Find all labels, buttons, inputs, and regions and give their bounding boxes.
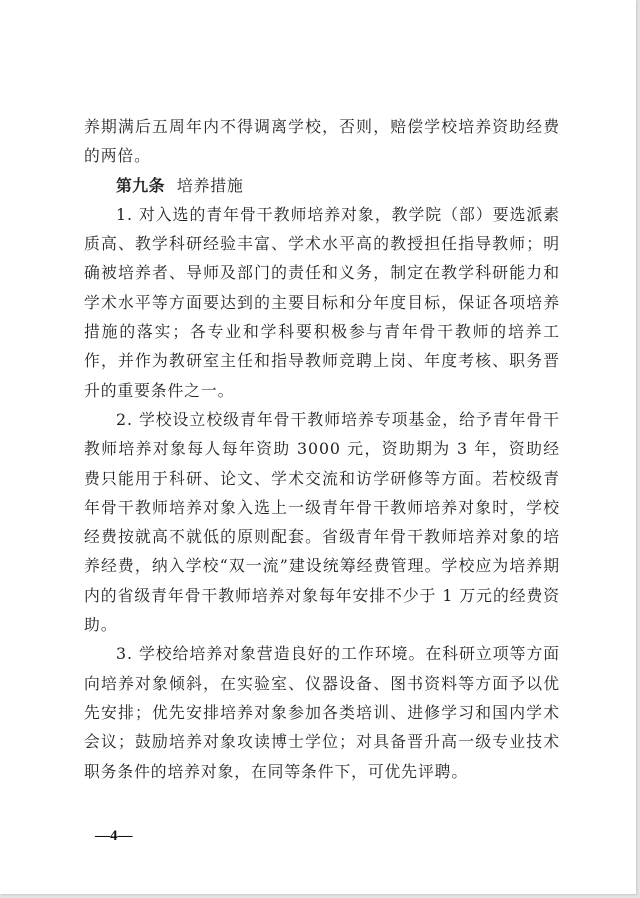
document-body: 养期满后五周年内不得调离学校，否则，赔偿学校培养资助经费的两倍。 第九条培养措施… bbox=[84, 112, 560, 786]
paragraph-item-2: 2. 学校设立校级青年骨干教师培养专项基金，给予青年骨干教师培养对象每人每年资助… bbox=[84, 405, 560, 639]
paragraph-continuation: 养期满后五周年内不得调离学校，否则，赔偿学校培养资助经费的两倍。 bbox=[84, 112, 560, 171]
paragraph-item-1: 1. 对入选的青年骨干教师培养对象，教学院（部）要选派素质高、教学科研经验丰富、… bbox=[84, 200, 560, 405]
article-number: 第九条 bbox=[116, 176, 165, 195]
paragraph-item-3: 3. 学校给培养对象营造良好的工作环境。在科研立项等方面向培养对象倾斜，在实验室… bbox=[84, 639, 560, 785]
article-heading: 第九条培养措施 bbox=[84, 171, 560, 200]
page-number: —4— bbox=[95, 828, 133, 845]
document-page: 养期满后五周年内不得调离学校，否则，赔偿学校培养资助经费的两倍。 第九条培养措施… bbox=[0, 0, 636, 894]
article-title: 培养措施 bbox=[177, 176, 244, 195]
